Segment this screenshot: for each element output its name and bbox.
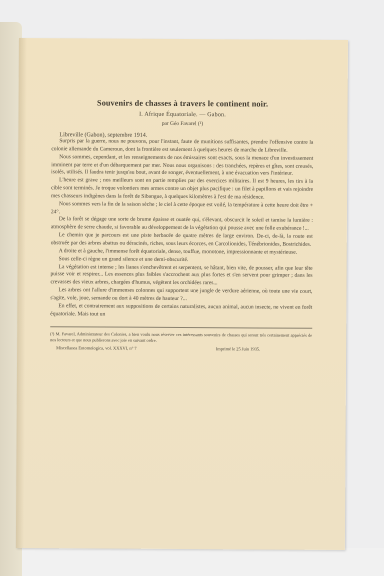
paragraph: Le chemin que je parcours est une piste … [51,232,313,249]
table-surface [0,548,384,576]
paragraph: Les arbres ont l'allure d'immenses colon… [50,287,312,304]
paragraph: De la forêt se dégage une sorte de brume… [51,217,313,234]
paragraph: En effet, et contrairement aux suppositi… [50,303,312,320]
footnote: (¹) M. Favarel, Administrateur des Colon… [50,332,312,346]
document-page: Souvenirs de chasses à travers le contin… [16,38,348,550]
page-content: Souvenirs de chasses à travers le contin… [50,98,314,352]
page-gutter-shadow [16,38,27,548]
article-title: Souvenirs de chasses à travers le contin… [52,98,314,109]
footnote-divider [50,327,312,330]
print-date: Imprimé le 25 Juin 1935. [216,347,260,352]
article-author: par Géo Favarel (¹) [51,120,313,128]
paragraph: L'heure est grave ; nos meilleurs sont e… [51,177,313,202]
paragraph: Surpris par la guerre, nous ne pouvons, … [51,138,313,155]
page-footer: Miscellanea Entomologica, vol. XXXVI, n°… [50,346,312,353]
paragraph: Nous sommes, cependant, et les renseigne… [51,154,313,179]
article-subtitle: I. Afrique Équatoriale. — Gabon. [52,111,314,119]
paragraph: La végétation est intense ; les lianes s… [50,264,312,289]
journal-citation: Miscellanea Entomologica, vol. XXXVI, n°… [56,346,137,351]
